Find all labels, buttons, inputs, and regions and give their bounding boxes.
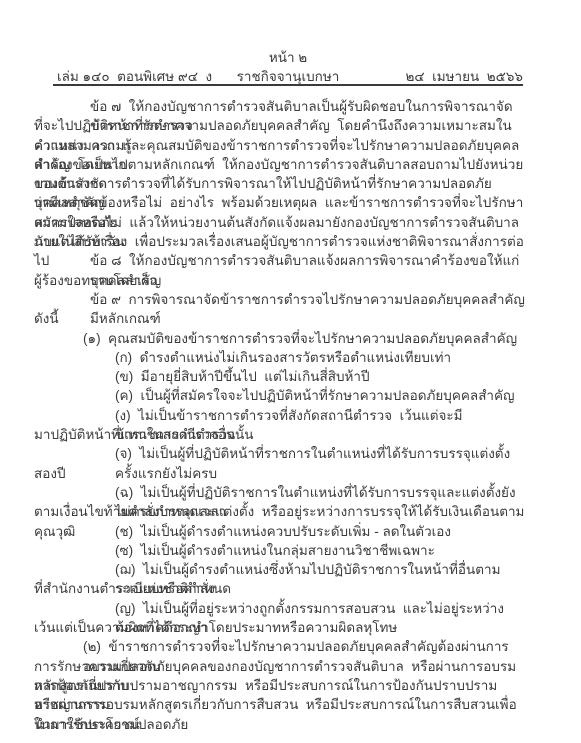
document-body: ข้อ ๗ ให้กองบัญชาการตำรวจสันติบาลเป็นผู้… [34, 97, 526, 734]
clause9-line1: ข้อ ๙ การพิจารณาจัดข้าราชการตำรวจไปรักษา… [34, 290, 526, 309]
clause7-line3: ความสามารถ และคุณสมบัติของข้าราชการตำรวจ… [34, 136, 526, 155]
subitem-ngo-line2: มาปฏิบัติหน้าที่แทนในสถานีตำรวจนั้น [34, 425, 526, 444]
gazette-page: หน้า ๒ เล่ม ๑๔๐ ตอนพิเศษ ๙๔ ง ราชกิจจานุ… [0, 0, 581, 743]
subitem-cho-line1: (จ) ไม่เป็นผู้ที่ปฏิบัติหน้าที่ราชการในต… [34, 444, 526, 463]
subitem-kho: (ข) มีอายุยี่สิบห้าปีขึ้นไป แต่ไม่เกินสี… [34, 367, 526, 386]
clause8-line1: ข้อ ๘ ให้กองบัญชาการตำรวจสันติบาลแจ้งผลก… [34, 251, 526, 270]
item2-line1: (๒) ข้าราชการตำรวจที่จะไปรักษาความปลอดภั… [34, 637, 526, 656]
item1-heading: (๑) คุณสมบัติของข้าราชการตำรวจที่จะไปรัก… [34, 329, 526, 348]
item2-line5: ในการรักษาความปลอดภัย [34, 715, 526, 734]
subitem-chho-line2: ตามเงื่อนไขท้ายคำสั่งบรรจุและแต่งตั้ง หร… [34, 502, 526, 521]
subitem-khoc: (ค) เป็นผู้ที่สมัครใจจะไปปฏิบัติหน้าที่ร… [34, 386, 526, 405]
subitem-chang: (ช) ไม่เป็นผู้ดำรงตำแหน่งควบปรับระดับเพิ… [34, 522, 526, 541]
gazette-header-row: เล่ม ๑๔๐ ตอนพิเศษ ๙๔ ง ราชกิจจานุเบกษา ๒… [0, 65, 581, 83]
subitem-choe-line1: (ฌ) ไม่เป็นผู้ดำรงตำแหน่งซึ่งห้ามไปปฏิบั… [34, 560, 526, 579]
header-divider-rule [53, 84, 523, 86]
subitem-so: (ซ) ไม่เป็นผู้ดำรงตำแหน่งในกลุ่มสายงานวิ… [34, 541, 526, 560]
item2-line3: การป้องกันปราบปรามอาชญากรรม หรือมีประสบก… [34, 676, 526, 695]
clause7-line6: ว่ามีเหตุขัดข้องหรือไม่ อย่างไร พร้อมด้ว… [34, 193, 526, 212]
subitem-cho-line2: สองปี [34, 464, 526, 483]
item2-line2: การรักษาความปลอดภัยบุคคลของกองบัญชาการตำ… [34, 657, 526, 676]
subitem-ko: (ก) ดำรงตำแหน่งไม่เกินรองสารวัตรหรือตำแห… [34, 348, 526, 367]
clause7-line2: ที่จะไปปฏิบัติหน้าที่รักษาความปลอดภัยบุค… [34, 116, 526, 135]
subitem-ngo-line1: (ง) ไม่เป็นข้าราชการตำรวจที่สังกัดสถานีต… [34, 406, 526, 425]
clause7-line5: ของข้าราชการตำรวจที่ได้รับการพิจารณาให้ไ… [34, 174, 526, 193]
item2-line4: หรือผ่านการอบรมหลักสูตรเกี่ยวกับการสืบสว… [34, 695, 526, 714]
subitem-choe-line2: ที่สำนักงานตำรวจแห่งชาติกำหนด [34, 579, 526, 598]
clause8-line2: ผู้ร้องขอทราบโดยเร็ว [34, 271, 526, 290]
clause7-line4: คำร้องขอเป็นไปตามหลักเกณฑ์ ให้กองบัญชากา… [34, 155, 526, 174]
subitem-chho-line1: (ฉ) ไม่เป็นผู้ที่ปฏิบัติราชการในตำแหน่งท… [34, 483, 526, 502]
clause7-line8: นับแต่ได้รับเรื่อง เพื่อประมวลเรื่องเสนอ… [34, 232, 526, 251]
clause7-line1: ข้อ ๗ ให้กองบัญชาการตำรวจสันติบาลเป็นผู้… [34, 97, 526, 116]
subitem-yo-line1: (ญ) ไม่เป็นผู้ที่อยู่ระหว่างถูกตั้งกรรมก… [34, 599, 526, 618]
clause7-line7: สมัครใจหรือไม่ แล้วให้หน่วยงานต้นสังกัดแ… [34, 213, 526, 232]
subitem-yo-line2: เว้นแต่เป็นความผิดที่ได้กระทำโดยประมาทหร… [34, 618, 526, 637]
